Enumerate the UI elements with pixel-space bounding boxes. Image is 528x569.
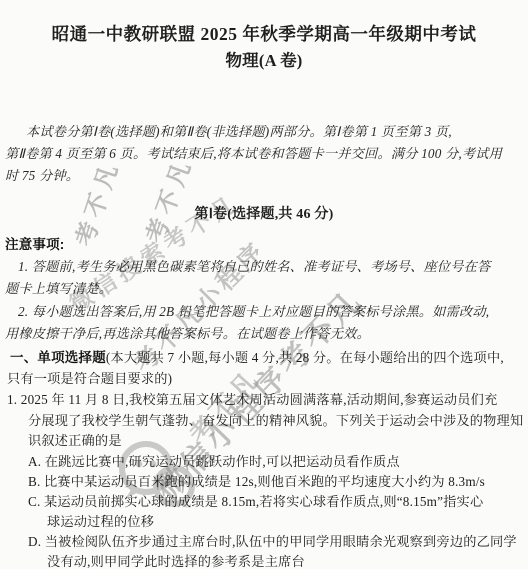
question-1-option-c-line-1: C. 某运动员前掷实心球的成绩是 8.15m,若将实心球看作质点,则“8.15m… bbox=[28, 491, 483, 510]
notice-item-2-line-1: 2. 每小题选出答案后,用 2B 铅笔把答题卡上对应题目的答案标号涂黑。如需改动… bbox=[18, 301, 489, 320]
question-1-line-3: 识叙述正确的是 bbox=[28, 430, 122, 449]
mcq-section-title: 一、单项选择题 bbox=[10, 350, 106, 365]
paper-intro-line-3: 时 75 分钟。 bbox=[5, 165, 79, 184]
question-1-option-a: A. 在跳远比赛中,研究运动员跳跃动作时,可以把运动员看作质点 bbox=[28, 451, 400, 470]
paper-intro-line-2: 第Ⅱ卷第 4 页至第 6 页。考试结束后,将本试卷和答题卡一并交回。满分 100… bbox=[5, 143, 502, 162]
exam-subtitle: 物理(A 卷) bbox=[0, 47, 528, 71]
exam-title: 昭通一中教研联盟 2025 年秋季学期高一年级期中考试 bbox=[0, 21, 528, 46]
mcq-section-description: (本大题共 7 小题,每小题 4 分,共 28 分。在每小题给出的四个选项中, bbox=[106, 350, 504, 365]
notice-heading: 注意事项: bbox=[5, 233, 65, 253]
notice-item-2-line-2: 用橡皮擦干净后,再选涂其他答案标号。在试题卷上作答无效。 bbox=[5, 323, 370, 342]
mcq-section-heading: 一、单项选择题(本大题共 7 小题,每小题 4 分,共 28 分。在每小题给出的… bbox=[10, 346, 504, 366]
mcq-section-heading-line-2: 只有一项是符合题目要求的) bbox=[7, 368, 172, 387]
part1-heading: 第Ⅰ卷(选择题,共 46 分) bbox=[0, 203, 528, 223]
watermark-text: 考不凡 bbox=[135, 150, 199, 247]
question-1-option-b: B. 比赛中某运动员百米跑的成绩是 12s,则他百米跑的平均速度大小约为 8.3… bbox=[28, 471, 485, 490]
question-1-line-2: 分展现了我校学生朝气蓬勃、奋发向上的精神风貌。下列关于运动会中涉及的物理知 bbox=[28, 410, 523, 429]
question-1-option-d-line-1: D. 当被检阅队伍齐步通过主席台时,队伍中的甲同学用眼睛余光观察到旁边的乙同学 bbox=[28, 531, 517, 550]
exam-paper-page: 考不凡 考不凡 微信搜索考不凡 考不凡小程序 微信小程序考不凡 考不凡 昭通一中… bbox=[0, 0, 528, 569]
paper-intro-line-1: 本试卷分第Ⅰ卷(选择题)和第Ⅱ卷(非选择题)两部分。第Ⅰ卷第 1 页至第 3 页… bbox=[26, 121, 452, 140]
question-1-line-1: 1. 2025 年 11 月 8 日,我校第五届文体艺术周活动圆满落幕,活动期间… bbox=[7, 389, 497, 408]
notice-item-1-line-2: 题卡上填写清楚。 bbox=[5, 278, 112, 297]
question-1-option-c-line-2: 球运动过程的位移 bbox=[47, 511, 154, 530]
notice-item-1-line-1: 1. 答题前,考生务必用黑色碳素笔将自己的姓名、准考证号、考场号、座位号在答 bbox=[18, 256, 490, 275]
question-1-option-d-line-2: 没有动,则甲同学此时选择的参考系是主席台 bbox=[47, 551, 305, 569]
